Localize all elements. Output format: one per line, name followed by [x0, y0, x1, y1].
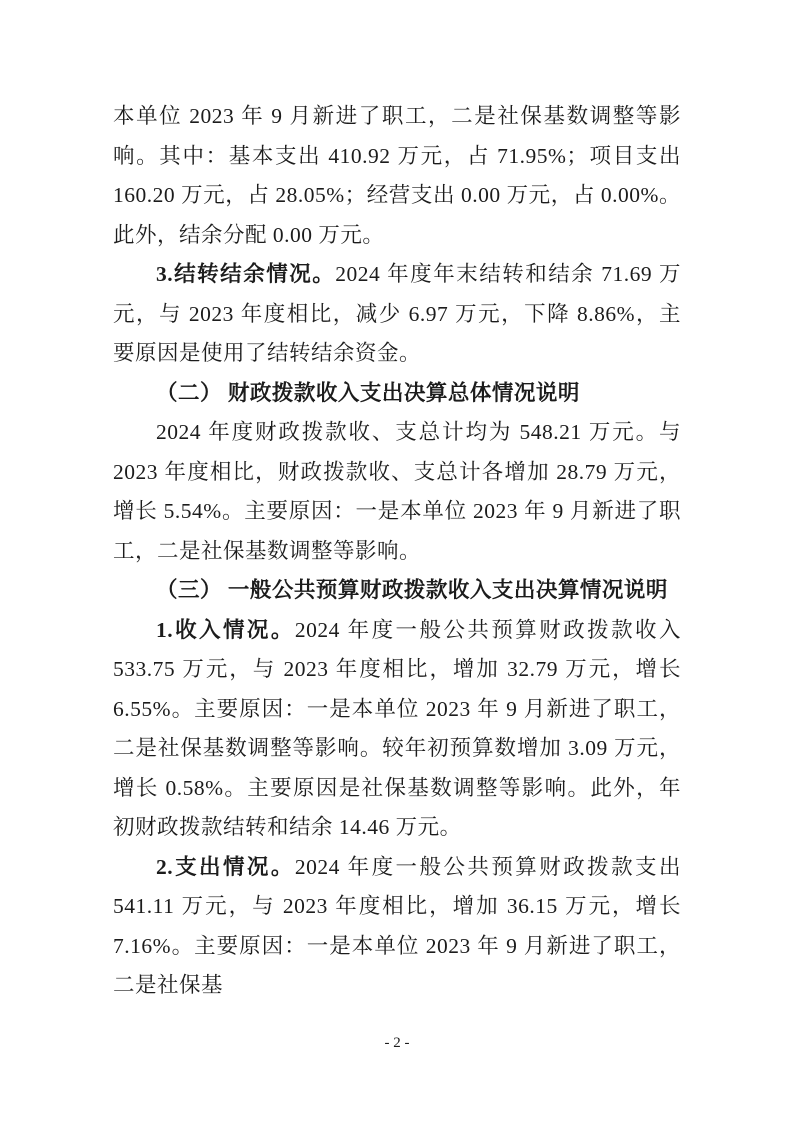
paragraph-income-situation: 1.收入情况。2024 年度一般公共预算财政拨款收入 533.75 万元，与 2…	[113, 611, 681, 848]
inline-heading: 1.收入情况。	[156, 618, 295, 642]
document-page: 本单位 2023 年 9 月新进了职工，二是社保基数调整等影响。其中：基本支出 …	[0, 0, 794, 1123]
paragraph-carryforward-balance: 3.结转结余情况。2024 年度年末结转和结余 71.69 万元，与 2023 …	[113, 255, 681, 374]
paragraph-text: 2024 年度财政拨款收、支总计均为 548.21 万元。与 2023 年度相比…	[113, 420, 681, 563]
paragraph-expenditure-situation: 2.支出情况。2024 年度一般公共预算财政拨款支出 541.11 万元，与 2…	[113, 848, 681, 1006]
inline-heading: 3.结转结余情况。	[156, 262, 335, 286]
paragraph-text: 本单位 2023 年 9 月新进了职工，二是社保基数调整等影响。其中：基本支出 …	[113, 104, 681, 247]
section-heading-3: （三） 一般公共预算财政拨款收入支出决算情况说明	[113, 571, 681, 611]
document-body: 本单位 2023 年 9 月新进了职工，二是社保基数调整等影响。其中：基本支出 …	[113, 97, 681, 1006]
paragraph-text: 2024 年度一般公共预算财政拨款收入 533.75 万元，与 2023 年度相…	[113, 618, 681, 840]
paragraph-fiscal-appropriation-total: 2024 年度财政拨款收、支总计均为 548.21 万元。与 2023 年度相比…	[113, 413, 681, 571]
heading-text: （二） 财政拨款收入支出决算总体情况说明	[156, 381, 580, 405]
heading-text: （三） 一般公共预算财政拨款收入支出决算情况说明	[156, 578, 668, 602]
section-heading-2: （二） 财政拨款收入支出决算总体情况说明	[113, 374, 681, 414]
inline-heading: 2.支出情况。	[156, 855, 295, 879]
paragraph-carryover-from-prev-page: 本单位 2023 年 9 月新进了职工，二是社保基数调整等影响。其中：基本支出 …	[113, 97, 681, 255]
page-number: - 2 -	[0, 1032, 794, 1054]
